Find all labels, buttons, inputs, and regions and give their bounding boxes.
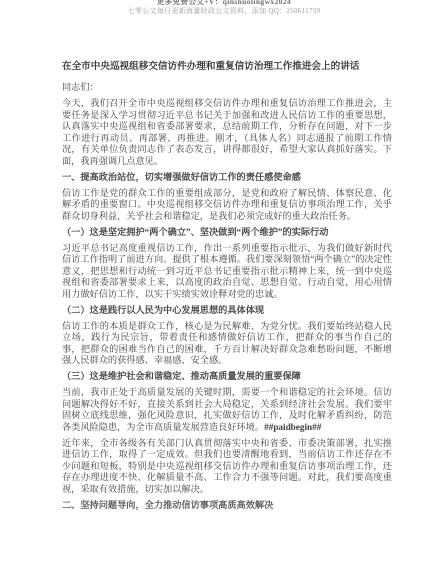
document-paragraph: 习近平总书记高度重视信访工作，作出一系列重要指示批示，为我们做好新时代信访工作指…	[62, 243, 392, 301]
document-subheading: （一）这是坚定拥护“两个确立”、坚决做到“两个维护”的实际行动	[62, 227, 392, 239]
document-paragraph: 近年来，全市各级各有关部门认真贯彻落实中央和省委、市委决策部署，扎实推进信访工作…	[62, 438, 392, 496]
paid-begin-marker: ##paidbegin##	[264, 422, 321, 432]
watermark-header: 更多免费公文+V：qinshuolingwx2024 七零公文每日更新海量时政公…	[0, 0, 448, 17]
document-blocks: 同志们：今天，我们召开全市中央巡视组移交信访件办理和重复信访治理工作推进会，主要…	[62, 82, 392, 511]
document-paragraph: 信访工作是党的群众工作的重要组成部分，是党和政府了解民情、体察民意、化解矛盾的重…	[62, 188, 392, 223]
document-heading: 一、提高政治站位，切实增强做好信访工作的责任感使命感	[62, 172, 392, 184]
document-paragraph: 当前，我市正处于高质量发展的关键时期，需要一个和谐稳定的社会环境。信访问题解决得…	[62, 387, 392, 433]
watermark-line-2: 七零公文每日更新海量时政公文资料，添加 QQ：250611759	[0, 6, 448, 17]
document-subheading: （三）这是维护社会和谐稳定、推动高质量发展的重要保障	[62, 371, 392, 383]
document-paragraph: 今天，我们召开全市中央巡视组移交信访件办理和重复信访治理工作推进会，主要任务是深…	[62, 98, 392, 167]
document-body: 在全市中央巡视组移交信访件办理和重复信访治理工作推进会上的讲话 同志们：今天，我…	[62, 61, 392, 516]
document-heading: 二、坚持问题导向，全力推动信访事项高质高效解决	[62, 500, 392, 512]
document-paragraph: 信访工作的本质是群众工作，核心是为民解难、为党分忧。我们要始终站稳人民立场，践行…	[62, 321, 392, 367]
document-subheading: （二）这是践行以人民为中心发展思想的具体体现	[62, 305, 392, 317]
document-title: 在全市中央巡视组移交信访件办理和重复信访治理工作推进会上的讲话	[62, 61, 392, 73]
document-paragraph: 同志们：	[62, 82, 392, 94]
document-page: 更多免费公文+V：qinshuolingwx2024 七零公文每日更新海量时政公…	[0, 0, 448, 580]
